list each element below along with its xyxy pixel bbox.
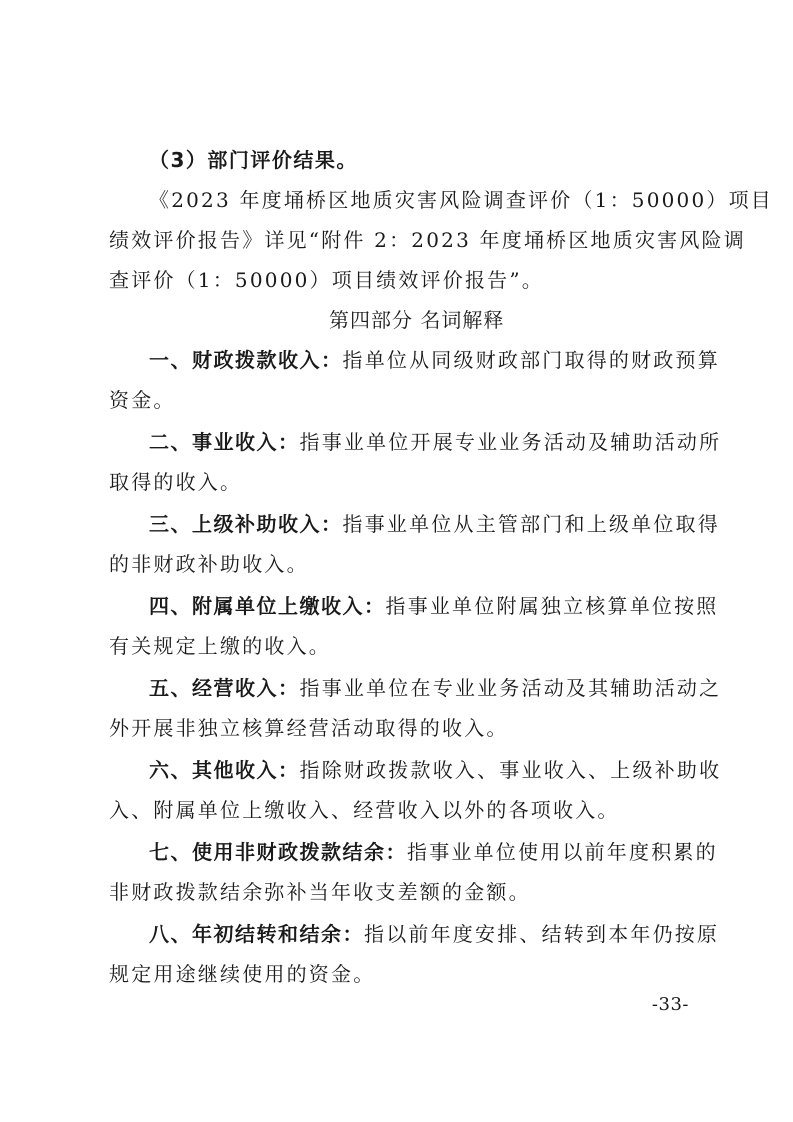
term-definition: 指单位从同级财政部门取得的财政预算 xyxy=(343,348,720,372)
part-title: 第四部分 名词解释 xyxy=(329,306,504,334)
term-name: 八、年初结转和结余： xyxy=(149,922,364,946)
term-definition: 指事业单位使用以前年度积累的 xyxy=(407,840,718,864)
term-definition-continued: 入、附属单位上缴收入、经营收入以外的各项收入。 xyxy=(109,796,620,824)
term-line: 四、附属单位上缴收入：指事业单位附属独立核算单位按照 xyxy=(149,592,719,620)
term-definition-continued: 有关规定上缴的收入。 xyxy=(109,632,331,660)
term-name: 四、附属单位上缴收入： xyxy=(149,594,386,618)
term-definition: 指事业单位从主管部门和上级单位取得 xyxy=(343,512,720,536)
term-line: 三、上级补助收入：指事业单位从主管部门和上级单位取得 xyxy=(149,510,720,538)
term-line: 六、其他收入：指除财政拨款收入、事业收入、上级补助收 xyxy=(149,756,721,784)
term-definition-continued: 非财政拨款结余弥补当年收支差额的金额。 xyxy=(109,878,531,906)
term-line: 五、经营收入：指事业单位在专业业务活动及其辅助活动之 xyxy=(149,674,721,702)
term-definition: 指以前年度安排、结转到本年仍按原 xyxy=(364,922,719,946)
term-definition: 指事业单位附属独立核算单位按照 xyxy=(386,594,719,618)
paragraph-line: 查评价（1：50000）项目绩效评价报告”。 xyxy=(109,266,544,294)
term-definition-continued: 的非财政补助收入。 xyxy=(109,550,309,578)
term-definition-continued: 取得的收入。 xyxy=(109,468,242,496)
paragraph-line: 《2023 年度埇桥区地质灾害风险调查评价（1：50000）项目 xyxy=(149,186,773,214)
term-definition: 指除财政拨款收入、事业收入、上级补助收 xyxy=(300,758,722,782)
section-heading: （3）部门评价结果。 xyxy=(149,146,358,174)
term-line: 八、年初结转和结余：指以前年度安排、结转到本年仍按原 xyxy=(149,920,719,948)
term-name: 六、其他收入： xyxy=(149,758,300,782)
term-definition-continued: 规定用途继续使用的资金。 xyxy=(109,960,375,988)
term-definition: 指事业单位在专业业务活动及其辅助活动之 xyxy=(300,676,722,700)
page-number: -33- xyxy=(652,994,689,1015)
paragraph-line: 绩效评价报告》详见“附件 2：2023 年度埇桥区地质灾害风险调 xyxy=(109,226,746,254)
term-name: 五、经营收入： xyxy=(149,676,300,700)
term-line: 二、事业收入：指事业单位开展专业业务活动及辅助活动所 xyxy=(149,428,721,456)
term-definition: 指事业单位开展专业业务活动及辅助活动所 xyxy=(300,430,722,454)
term-name: 七、使用非财政拨款结余： xyxy=(149,840,407,864)
term-definition-continued: 资金。 xyxy=(109,386,176,414)
term-line: 七、使用非财政拨款结余：指事业单位使用以前年度积累的 xyxy=(149,838,718,866)
term-name: 一、财政拨款收入： xyxy=(149,348,343,372)
term-name: 三、上级补助收入： xyxy=(149,512,343,536)
term-line: 一、财政拨款收入：指单位从同级财政部门取得的财政预算 xyxy=(149,346,720,374)
term-name: 二、事业收入： xyxy=(149,430,300,454)
term-definition-continued: 外开展非独立核算经营活动取得的收入。 xyxy=(109,714,509,742)
